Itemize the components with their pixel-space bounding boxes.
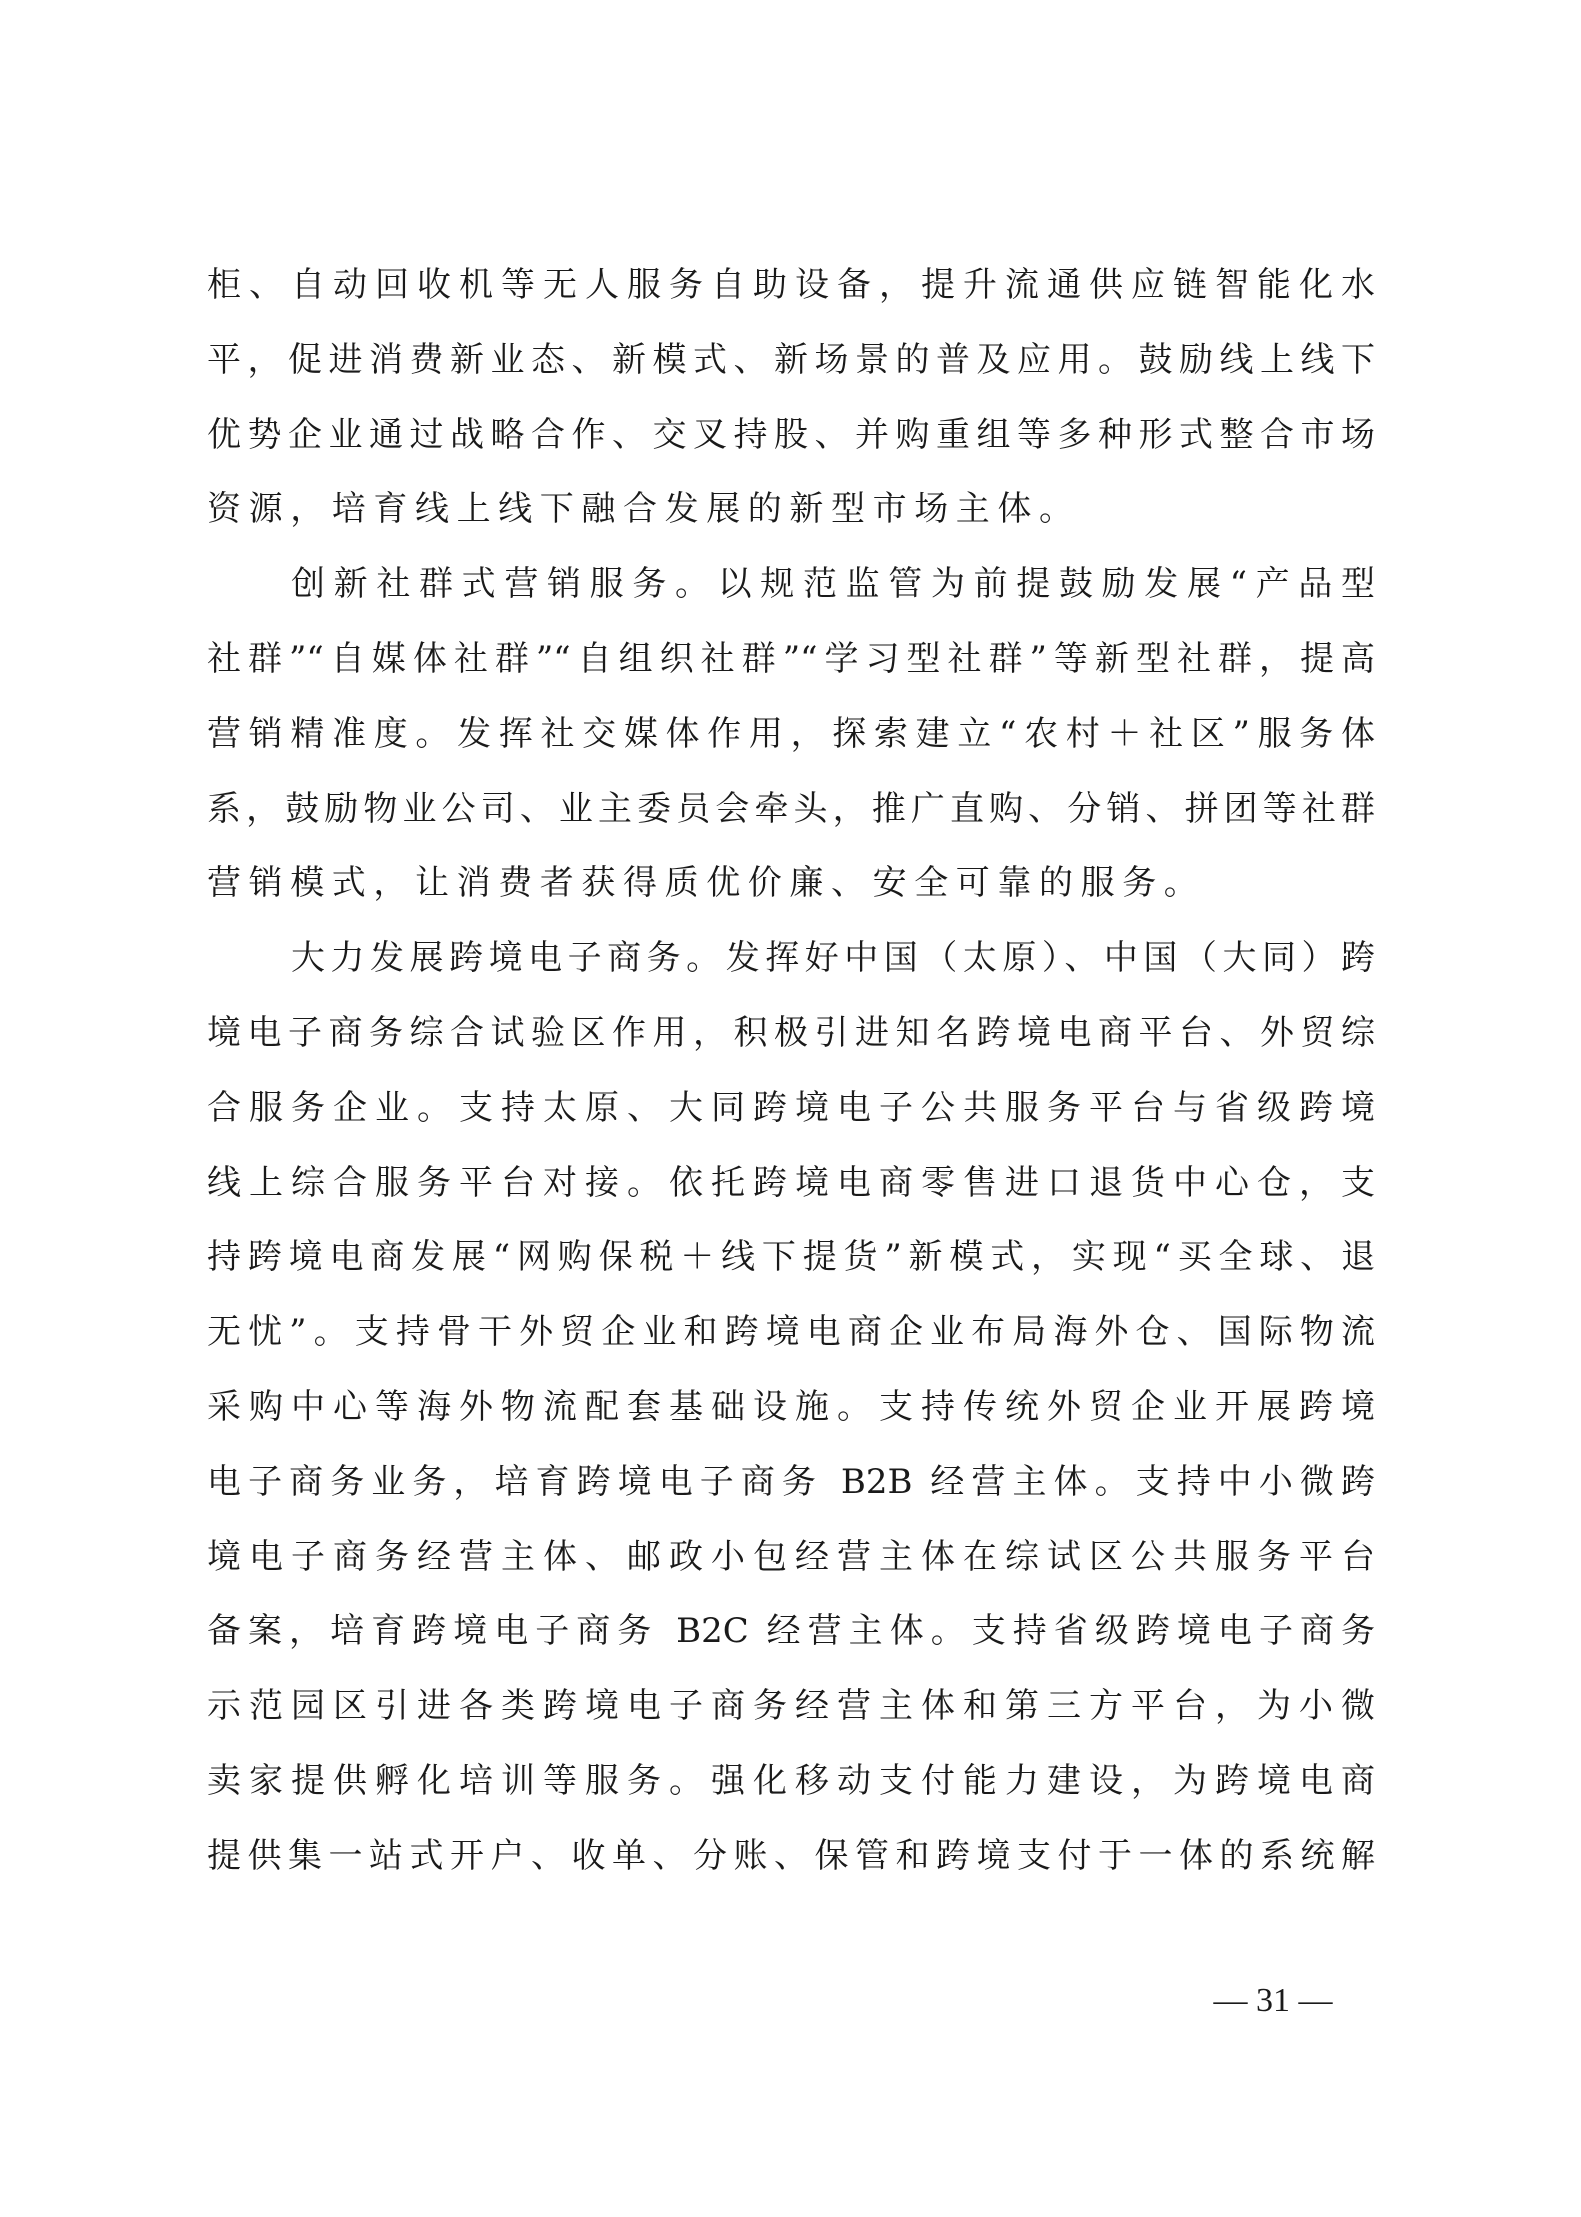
- paragraph-2-line-3: 营销精准度。发挥社交媒体作用，探索建立“农村＋社区”服务体: [207, 711, 1375, 786]
- paragraph-3-line-2: 境电子商务综合试验区作用，积极引进知名跨境电商平台、外贸综: [207, 1010, 1375, 1085]
- paragraph-2-line-1: 创新社群式营销服务。以规范监管为前提鼓励发展“产品型: [207, 561, 1375, 636]
- document-page: 柜、自动回收机等无人服务自助设备，提升流通供应链智能化水 平，促进消费新业态、新…: [0, 0, 1581, 2217]
- paragraph-3-line-4: 线上综合服务平台对接。依托跨境电商零售进口退货中心仓，支: [207, 1160, 1375, 1235]
- paragraph-3-line-3: 合服务企业。支持太原、大同跨境电子公共服务平台与省级跨境: [207, 1085, 1375, 1160]
- body-text: 柜、自动回收机等无人服务自助设备，提升流通供应链智能化水 平，促进消费新业态、新…: [207, 262, 1375, 1908]
- paragraph-2-line-4: 系，鼓励物业公司、业主委员会牵头，推广直购、分销、拼团等社群: [207, 786, 1375, 861]
- paragraph-3-line-13: 提供集一站式开户、收单、分账、保管和跨境支付于一体的系统解: [207, 1833, 1375, 1908]
- paragraph-3-line-11: 示范园区引进各类跨境电子商务经营主体和第三方平台，为小微: [207, 1683, 1375, 1758]
- page-number: — 31 —: [1188, 1978, 1358, 2024]
- paragraph-3-line-8: 电子商务业务，培育跨境电子商务 B2B 经营主体。支持中小微跨: [207, 1459, 1375, 1534]
- paragraph-1-line-2: 平，促进消费新业态、新模式、新场景的普及应用。鼓励线上线下: [207, 337, 1375, 412]
- paragraph-3-line-1: 大力发展跨境电子商务。发挥好中国（太原）、中国（大同）跨: [207, 935, 1375, 1010]
- paragraph-3-line-7: 采购中心等海外物流配套基础设施。支持传统外贸企业开展跨境: [207, 1384, 1375, 1459]
- paragraph-3-line-6: 无忧”。支持骨干外贸企业和跨境电商企业布局海外仓、国际物流: [207, 1309, 1375, 1384]
- paragraph-1-line-3: 优势企业通过战略合作、交叉持股、并购重组等多种形式整合市场: [207, 412, 1375, 487]
- paragraph-3-line-9: 境电子商务经营主体、邮政小包经营主体在综试区公共服务平台: [207, 1534, 1375, 1609]
- paragraph-2-line-5: 营销模式，让消费者获得质优价廉、安全可靠的服务。: [207, 860, 1375, 935]
- paragraph-2-line-2: 社群”“自媒体社群”“自组织社群”“学习型社群”等新型社群，提高: [207, 636, 1375, 711]
- paragraph-3-line-12: 卖家提供孵化培训等服务。强化移动支付能力建设，为跨境电商: [207, 1758, 1375, 1833]
- paragraph-1-line-1: 柜、自动回收机等无人服务自助设备，提升流通供应链智能化水: [207, 262, 1375, 337]
- paragraph-3-line-5: 持跨境电商发展“网购保税＋线下提货”新模式，实现“买全球、退: [207, 1234, 1375, 1309]
- paragraph-3-line-10: 备案，培育跨境电子商务 B2C 经营主体。支持省级跨境电子商务: [207, 1608, 1375, 1683]
- paragraph-1-line-4: 资源，培育线上线下融合发展的新型市场主体。: [207, 486, 1375, 561]
